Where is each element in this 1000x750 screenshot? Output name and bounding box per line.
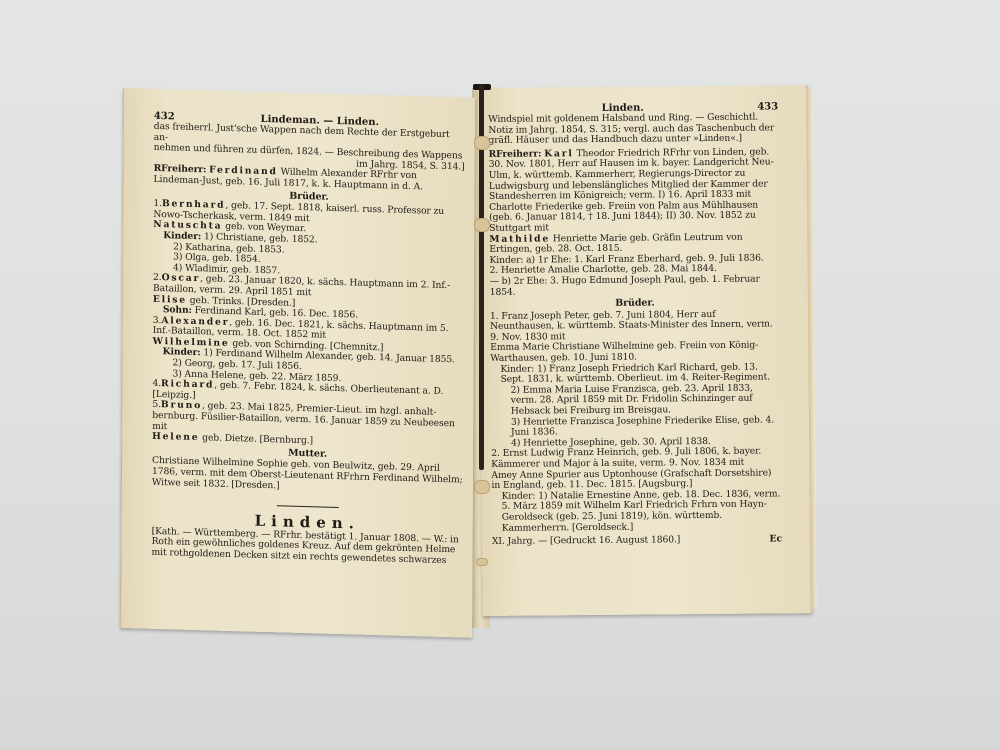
mutter-text: Christiane Wilhelmine Sophie geb. von Be…: [152, 456, 463, 496]
left-page: 432 Lindeman. — Linden. das freiherrl. J…: [120, 88, 475, 638]
footer-imprint: XI. Jahrg. — [Gedruckt 16. August 1860.]: [492, 535, 680, 547]
page-edge: [807, 89, 817, 607]
right-page-body: Windspiel mit goldenem Halsband und Ring…: [488, 112, 782, 547]
section-divider: [276, 505, 338, 508]
child: 3) Henriette Franzisca Josephine Frieder…: [491, 415, 781, 439]
family-description: [Kath. — Württemberg. — RFrhr. bestätigt…: [152, 527, 463, 567]
binding-knot: [474, 480, 490, 494]
binding-knot: [474, 136, 490, 150]
head-entry: RFreiherr: Karl Theodor Friedrich RFrhr …: [489, 147, 780, 234]
binding-knot: [474, 218, 490, 232]
page-number: 433: [757, 101, 778, 112]
children: Kinder: 1) Natalie Ernestine Anne, geb. …: [492, 489, 782, 534]
binding-knot: [476, 558, 488, 566]
page-footer: XI. Jahrg. — [Gedruckt 16. August 1860.]…: [492, 535, 782, 548]
child: 2) Emma Maria Luise Franzisca, geb. 23. …: [491, 383, 781, 417]
right-page: Linden. 433 Windspiel mit goldenem Halsb…: [478, 85, 813, 616]
intro-text: Windspiel mit goldenem Halsband und Ring…: [488, 112, 778, 146]
children: — b) 2r Ehe: 3. Hugo Edmund Joseph Paul,…: [490, 274, 780, 298]
open-book: 432 Lindeman. — Linden. das freiherrl. J…: [0, 0, 1000, 750]
signature-mark: Ec: [770, 535, 782, 546]
entry: 1. Franz Joseph Peter, geb. 7. Juni 1804…: [490, 309, 780, 343]
left-page-body: das freiherrl. Just'sche Wappen nach dem…: [152, 122, 465, 567]
